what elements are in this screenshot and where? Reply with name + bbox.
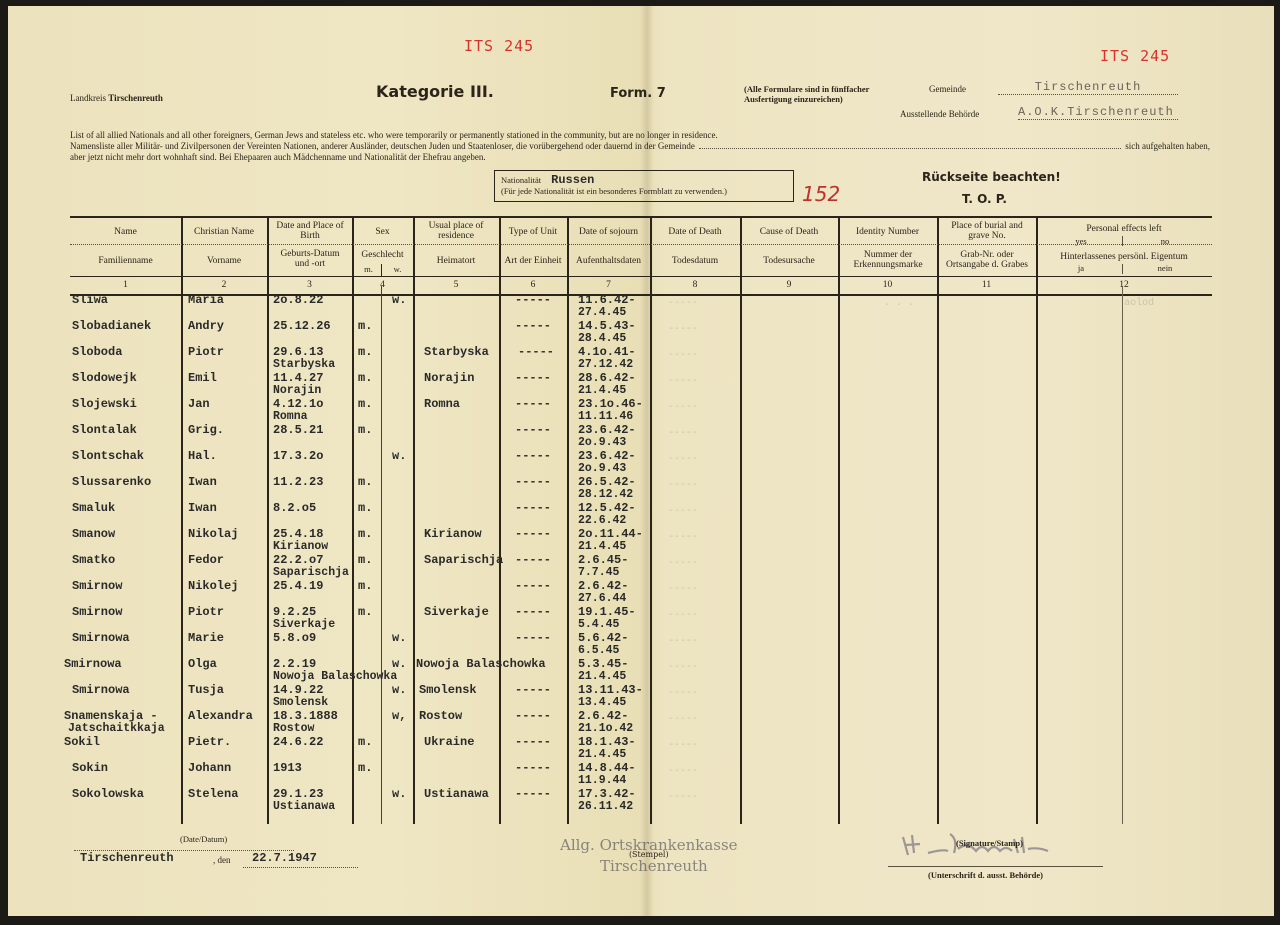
footer-date: 22.7.1947 — [252, 851, 317, 865]
cell-name: Slodowejk — [72, 371, 137, 385]
cell-residence: Smolensk — [419, 683, 477, 697]
cell-first: Iwan — [188, 475, 217, 489]
cell-birth: 14.9.22 — [273, 683, 323, 697]
cell-name-line2: Jatschaitkkaja — [68, 722, 165, 735]
col-effects-de: Hinterlassenes persönl. Eigentum — [1036, 252, 1212, 262]
cell-birth: 25.4.19 — [273, 579, 323, 593]
cell-birth: 17.3.2o — [273, 449, 323, 463]
col-identity-de: Nummer der Erkennungsmarke — [846, 250, 930, 270]
col-effects-ja: ja — [1056, 263, 1106, 273]
cell-from: 23.6.42- — [578, 449, 636, 463]
cell-birth: 24.6.22 — [273, 735, 323, 749]
cell-to: 28.12.42 — [578, 488, 633, 501]
cell-from: 2.6.45- — [578, 553, 628, 567]
cell-to: 5.4.45 — [578, 618, 619, 631]
cell-to: 21.1o.42 — [578, 722, 633, 735]
footer-den: , den — [213, 855, 231, 865]
description-en: List of all allied Nationals and all oth… — [70, 130, 1210, 141]
cell-residence: Starbyska — [424, 345, 489, 359]
cell-to: 2o.9.43 — [578, 462, 626, 475]
description-de-2: aber jetzt nicht mehr dort wohnhaft sind… — [70, 152, 1210, 163]
cell-m: m. — [358, 371, 372, 385]
gemeinde-label: Gemeinde — [929, 84, 966, 94]
cell-first: Hal. — [188, 449, 217, 463]
cell-name: Sokin — [72, 761, 108, 775]
nationality-note: (Für jede Nationalität ist ein besondere… — [501, 186, 787, 196]
cell-birth: 29.6.13 — [273, 345, 323, 359]
cell-m: m. — [358, 345, 372, 359]
col-first-de: Vorname — [181, 256, 267, 266]
col-num-4: 4 — [352, 280, 413, 290]
cell-w: w. — [392, 683, 406, 697]
col-first-en: Christian Name — [181, 227, 267, 237]
cell-birth-place: Ustianawa — [273, 800, 335, 813]
col-sex-de: Geschlecht — [352, 250, 413, 260]
col-num-8: 8 — [650, 280, 740, 290]
cell-m: m. — [358, 501, 372, 515]
reverse-note: Rückseite beachten! — [922, 170, 1061, 184]
col-sex-w: w. — [385, 264, 410, 274]
col-name-en: Name — [70, 227, 181, 237]
footer-place: Tirschenreuth — [80, 851, 174, 865]
cell-unit: ----- — [515, 605, 551, 619]
cell-birth-place: Romna — [273, 410, 308, 423]
cell-residence: Nowoja Balaschowka — [416, 657, 546, 671]
cell-name: Smirnow — [72, 605, 122, 619]
cell-unit: ----- — [515, 319, 551, 333]
cell-from: 2.6.42- — [578, 579, 628, 593]
column-divider — [740, 286, 742, 824]
cell-from: 5.6.42- — [578, 631, 628, 645]
cell-name: Smirnowa — [72, 683, 130, 697]
cell-to: 28.4.45 — [578, 332, 626, 345]
col-death-date-de: Todesdatum — [650, 256, 740, 266]
column-divider — [937, 286, 939, 824]
cell-name: Snamenskaja - — [64, 709, 158, 723]
landkreis-value: Tirschenreuth — [108, 93, 163, 103]
col-effects-nein: nein — [1140, 263, 1190, 273]
cell-to: 27.6.44 — [578, 592, 626, 605]
cell-m: m. — [358, 761, 372, 775]
cell-birth: 2o.8.22 — [273, 293, 323, 307]
cell-from: 23.1o.46- — [578, 397, 643, 411]
cell-unit: ----- — [515, 423, 551, 437]
cell-first: Stelena — [188, 787, 238, 801]
cell-first: Emil — [188, 371, 217, 385]
description-de-1-end: sich aufgehalten haben, — [1125, 141, 1210, 152]
cell-birth: 9.2.25 — [273, 605, 316, 619]
cell-first: Nikolaj — [188, 527, 238, 541]
cell-name: Smirnowa — [64, 657, 122, 671]
col-residence-de: Heimatort — [413, 256, 499, 266]
cell-w: w. — [392, 449, 406, 463]
cell-first: Piotr — [188, 345, 224, 359]
cell-birth: 5.8.o9 — [273, 631, 316, 645]
cell-residence: Romna — [424, 397, 460, 411]
cell-w: w. — [392, 631, 406, 645]
cell-birth: 29.1.23 — [273, 787, 323, 801]
cell-name: Slontschak — [72, 449, 144, 463]
cell-name: Slontalak — [72, 423, 137, 437]
col-num-12: 12 — [1036, 280, 1212, 290]
col-effects-yes: yes — [1056, 236, 1106, 246]
col-burial-de: Grab-Nr. oder Ortsangabe d. Grabes — [939, 250, 1035, 270]
cell-from: 17.3.42- — [578, 787, 636, 801]
cell-unit: ----- — [515, 735, 551, 749]
form-number: Form. 7 — [610, 86, 666, 101]
column-divider — [381, 286, 382, 824]
cell-w: w. — [392, 787, 406, 801]
landkreis: Landkreis Tirschenreuth — [70, 93, 163, 103]
description-de-1-text: Namensliste aller Militär- und Zivilpers… — [70, 141, 695, 152]
cell-name: Smaluk — [72, 501, 115, 515]
cell-unit: ----- — [515, 631, 551, 645]
cell-first: Nikolej — [188, 579, 238, 593]
cell-to: 21.4.45 — [578, 540, 626, 553]
cell-name: Sliwa — [72, 293, 108, 307]
cell-unit: ----- — [515, 579, 551, 593]
date-label: (Date/Datum) — [180, 834, 227, 844]
cell-first: Pietr. — [188, 735, 231, 749]
cell-unit: ----- — [515, 371, 551, 385]
cell-from: 2.6.42- — [578, 709, 628, 723]
col-death-date-en: Date of Death — [650, 227, 740, 237]
cell-from: 14.5.43- — [578, 319, 636, 333]
cell-birth: 22.2.o7 — [273, 553, 323, 567]
cell-birth-place: Smolensk — [273, 696, 328, 709]
cell-unit: ----- — [515, 553, 551, 567]
cell-m: m. — [358, 553, 372, 567]
col-num-1: 1 — [70, 280, 181, 290]
col-num-11: 11 — [937, 280, 1036, 290]
cell-name: Slobadianek — [72, 319, 151, 333]
cell-w: w. — [392, 657, 406, 671]
col-identity-en: Identity Number — [838, 227, 937, 237]
col-birth-de: Geburts-Datum und -ort — [275, 249, 345, 269]
landkreis-label: Landkreis — [70, 93, 106, 103]
nationality-value: Russen — [551, 173, 594, 187]
cell-birth: 2.2.19 — [273, 657, 316, 671]
cell-birth: 18.3.1888 — [273, 709, 338, 723]
register-table: Name Christian Name Date and Place of Bi… — [70, 216, 1212, 296]
cell-residence: Ustianawa — [424, 787, 489, 801]
cell-name: Sokolowska — [72, 787, 144, 801]
cell-name: Smirnowa — [72, 631, 130, 645]
cell-first: Fedor — [188, 553, 224, 567]
cell-from: 28.6.42- — [578, 371, 636, 385]
col-residence-en: Usual place of residence — [415, 221, 497, 241]
col-birth-en: Date and Place of Birth — [270, 221, 350, 241]
cell-residence: Rostow — [419, 709, 462, 723]
category-title: Kategorie III. — [376, 82, 494, 101]
table-header: Name Christian Name Date and Place of Bi… — [70, 216, 1212, 296]
cell-m: m. — [358, 319, 372, 333]
cell-first: Maria — [188, 293, 224, 307]
cell-unit: ----- — [515, 293, 551, 307]
cell-residence: Saparischja — [424, 553, 503, 567]
col-num-7: 7 — [567, 280, 650, 290]
cell-birth: 28.5.21 — [273, 423, 323, 437]
cell-birth-place: Rostow — [273, 722, 314, 735]
col-effects-no: no — [1140, 236, 1190, 246]
cell-birth: 11.4.27 — [273, 371, 323, 385]
cell-from: 2o.11.44- — [578, 527, 643, 541]
col-num-6: 6 — [499, 280, 567, 290]
cell-birth-place: Kirianow — [273, 540, 328, 553]
col-death-cause-de: Todesursache — [740, 256, 838, 266]
cell-birth-place: Norajin — [273, 384, 321, 397]
cell-from: 14.8.44- — [578, 761, 636, 775]
cell-birth: 25.4.18 — [273, 527, 323, 541]
cell-residence: Kirianow — [424, 527, 482, 541]
cell-unit: ----- — [515, 449, 551, 463]
cell-m: m. — [358, 397, 372, 411]
cell-birth: 4.12.1o — [273, 397, 323, 411]
cell-name: Slussarenko — [72, 475, 151, 489]
cell-residence: Siverkaje — [424, 605, 489, 619]
cell-m: m. — [358, 579, 372, 593]
column-divider — [1122, 286, 1123, 824]
its-stamp-left: ITS 245 — [464, 37, 534, 55]
cell-unit: ----- — [515, 397, 551, 411]
cell-from: 26.5.42- — [578, 475, 636, 489]
col-sojourn-de: Aufenthaltsdaten — [567, 256, 650, 266]
cell-first: Grig. — [188, 423, 224, 437]
column-divider — [838, 286, 840, 824]
col-num-3: 3 — [267, 280, 352, 290]
cell-first: Alexandra — [188, 709, 253, 723]
cell-name: Smanow — [72, 527, 115, 541]
cell-first: Jan — [188, 397, 210, 411]
cell-to: 11.11.46 — [578, 410, 633, 423]
nationality-label: Nationalität — [501, 175, 541, 185]
cell-first: Iwan — [188, 501, 217, 515]
cell-m: m. — [358, 735, 372, 749]
cell-first: Johann — [188, 761, 231, 775]
column-divider — [352, 286, 354, 824]
col-num-5: 5 — [413, 280, 499, 290]
cell-to: 2o.9.43 — [578, 436, 626, 449]
cell-unit: ----- — [515, 761, 551, 775]
cell-first: Andry — [188, 319, 224, 333]
form-instructions: (Alle Formulare sind in fünffacher Ausfe… — [744, 84, 869, 104]
cell-first: Olga — [188, 657, 217, 671]
cell-name: Sloboda — [72, 345, 122, 359]
cell-unit: ----- — [515, 475, 551, 489]
cell-unit: ----- — [515, 501, 551, 515]
cell-unit: ----- — [515, 709, 551, 723]
cell-unit: ----- — [515, 527, 551, 541]
instruction-line-1: (Alle Formulare sind in fünffacher — [744, 84, 869, 94]
cell-name: Sokil — [64, 735, 100, 749]
col-num-9: 9 — [740, 280, 838, 290]
cell-to: 7.7.45 — [578, 566, 619, 579]
col-death-cause-en: Cause of Death — [740, 227, 838, 237]
cell-unit: ----- — [515, 683, 551, 697]
cell-to: 26.11.42 — [578, 800, 633, 813]
col-unit-en: Type of Unit — [499, 227, 567, 237]
gemeinde-value: Tirschenreuth — [998, 80, 1178, 95]
document-page: ITS 245 ITS 245 Landkreis Tirschenreuth … — [8, 6, 1274, 916]
cell-unit: ----- — [518, 345, 554, 359]
column-divider — [413, 286, 415, 824]
col-num-10: 10 — [838, 280, 937, 290]
col-sex-m: m. — [356, 264, 381, 274]
column-divider — [181, 286, 183, 824]
its-stamp-right: ITS 245 — [1100, 47, 1170, 65]
top-note: T. O. P. — [962, 192, 1007, 206]
cell-from: 18.1.43- — [578, 735, 636, 749]
behoerde-value: A.O.K.Tirschenreuth — [1018, 105, 1178, 120]
cell-from: 13.11.43- — [578, 683, 643, 697]
column-divider — [650, 286, 652, 824]
cell-from: 11.6.42- — [578, 293, 636, 307]
col-sex-en: Sex — [352, 227, 413, 237]
cell-birth: 25.12.26 — [273, 319, 331, 333]
cell-to: 13.4.45 — [578, 696, 626, 709]
gemeinde-blank-line — [699, 141, 1121, 149]
col-effects-en: Personal effects left — [1036, 224, 1212, 234]
col-name-de: Familienname — [70, 256, 181, 266]
cell-from: 23.6.42- — [578, 423, 636, 437]
col-num-2: 2 — [181, 280, 267, 290]
cell-birth-place: Siverkaje — [273, 618, 335, 631]
cell-to: 11.9.44 — [578, 774, 626, 787]
cell-first: Marie — [188, 631, 224, 645]
cell-w: w, — [392, 709, 406, 723]
cell-birth-place: Nowoja Balaschowka — [273, 670, 397, 683]
col-burial-en: Place of burial and grave No. — [940, 221, 1034, 241]
cell-m: m. — [358, 475, 372, 489]
column-divider — [1036, 286, 1038, 824]
cell-to: 27.12.42 — [578, 358, 633, 371]
cell-birth-place: Starbyska — [273, 358, 335, 371]
cell-residence: Ukraine — [424, 735, 474, 749]
cell-first: Tusja — [188, 683, 224, 697]
cell-first: Piotr — [188, 605, 224, 619]
cell-m: m. — [358, 527, 372, 541]
cell-from: 5.3.45- — [578, 657, 628, 671]
cell-birth: 8.2.o5 — [273, 501, 316, 515]
cell-m: m. — [358, 605, 372, 619]
description: List of all allied Nationals and all oth… — [70, 130, 1210, 163]
cell-from: 12.5.42- — [578, 501, 636, 515]
column-divider — [567, 286, 569, 824]
stamp-line-2: Tirschenreuth — [560, 857, 738, 875]
signature-label: (Signature/Stamp) — [956, 838, 1023, 848]
cell-unit: ----- — [515, 787, 551, 801]
cell-to: 21.4.45 — [578, 384, 626, 397]
cell-residence: Norajin — [424, 371, 474, 385]
health-insurance-stamp: Allg. Ortskrankenkasse (Stempel) Tirsche… — [560, 836, 738, 875]
nationality-box: Nationalität Russen (Für jede Nationalit… — [494, 170, 794, 202]
col-unit-de: Art der Einheit — [499, 256, 567, 266]
cell-birth: 11.2.23 — [273, 475, 323, 489]
cell-birth: 1913 — [273, 761, 302, 775]
cell-to: 27.4.45 — [578, 306, 626, 319]
col-sojourn-en: Date of sojourn — [567, 227, 650, 237]
behoerde-label: Ausstellende Behörde — [900, 109, 979, 119]
handwritten-count: 152 — [802, 182, 840, 206]
cell-to: 21.4.45 — [578, 670, 626, 683]
instruction-line-2: Ausfertigung einzureichen) — [744, 94, 869, 104]
description-de-1: Namensliste aller Militär- und Zivilpers… — [70, 141, 1210, 152]
cell-name: Smatko — [72, 553, 115, 567]
cell-from: 4.1o.41- — [578, 345, 636, 359]
cell-to: 22.6.42 — [578, 514, 626, 527]
cell-w: w. — [392, 293, 406, 307]
column-divider — [267, 286, 269, 824]
cell-name: Smirnow — [72, 579, 122, 593]
cell-to: 21.4.45 — [578, 748, 626, 761]
cell-name: Slojewski — [72, 397, 137, 411]
cell-birth-place: Saparischja — [273, 566, 349, 579]
signature-sub: (Unterschrift d. ausst. Behörde) — [928, 870, 1043, 880]
cell-m: m. — [358, 423, 372, 437]
cell-from: 19.1.45- — [578, 605, 636, 619]
cell-to: 6.5.45 — [578, 644, 619, 657]
